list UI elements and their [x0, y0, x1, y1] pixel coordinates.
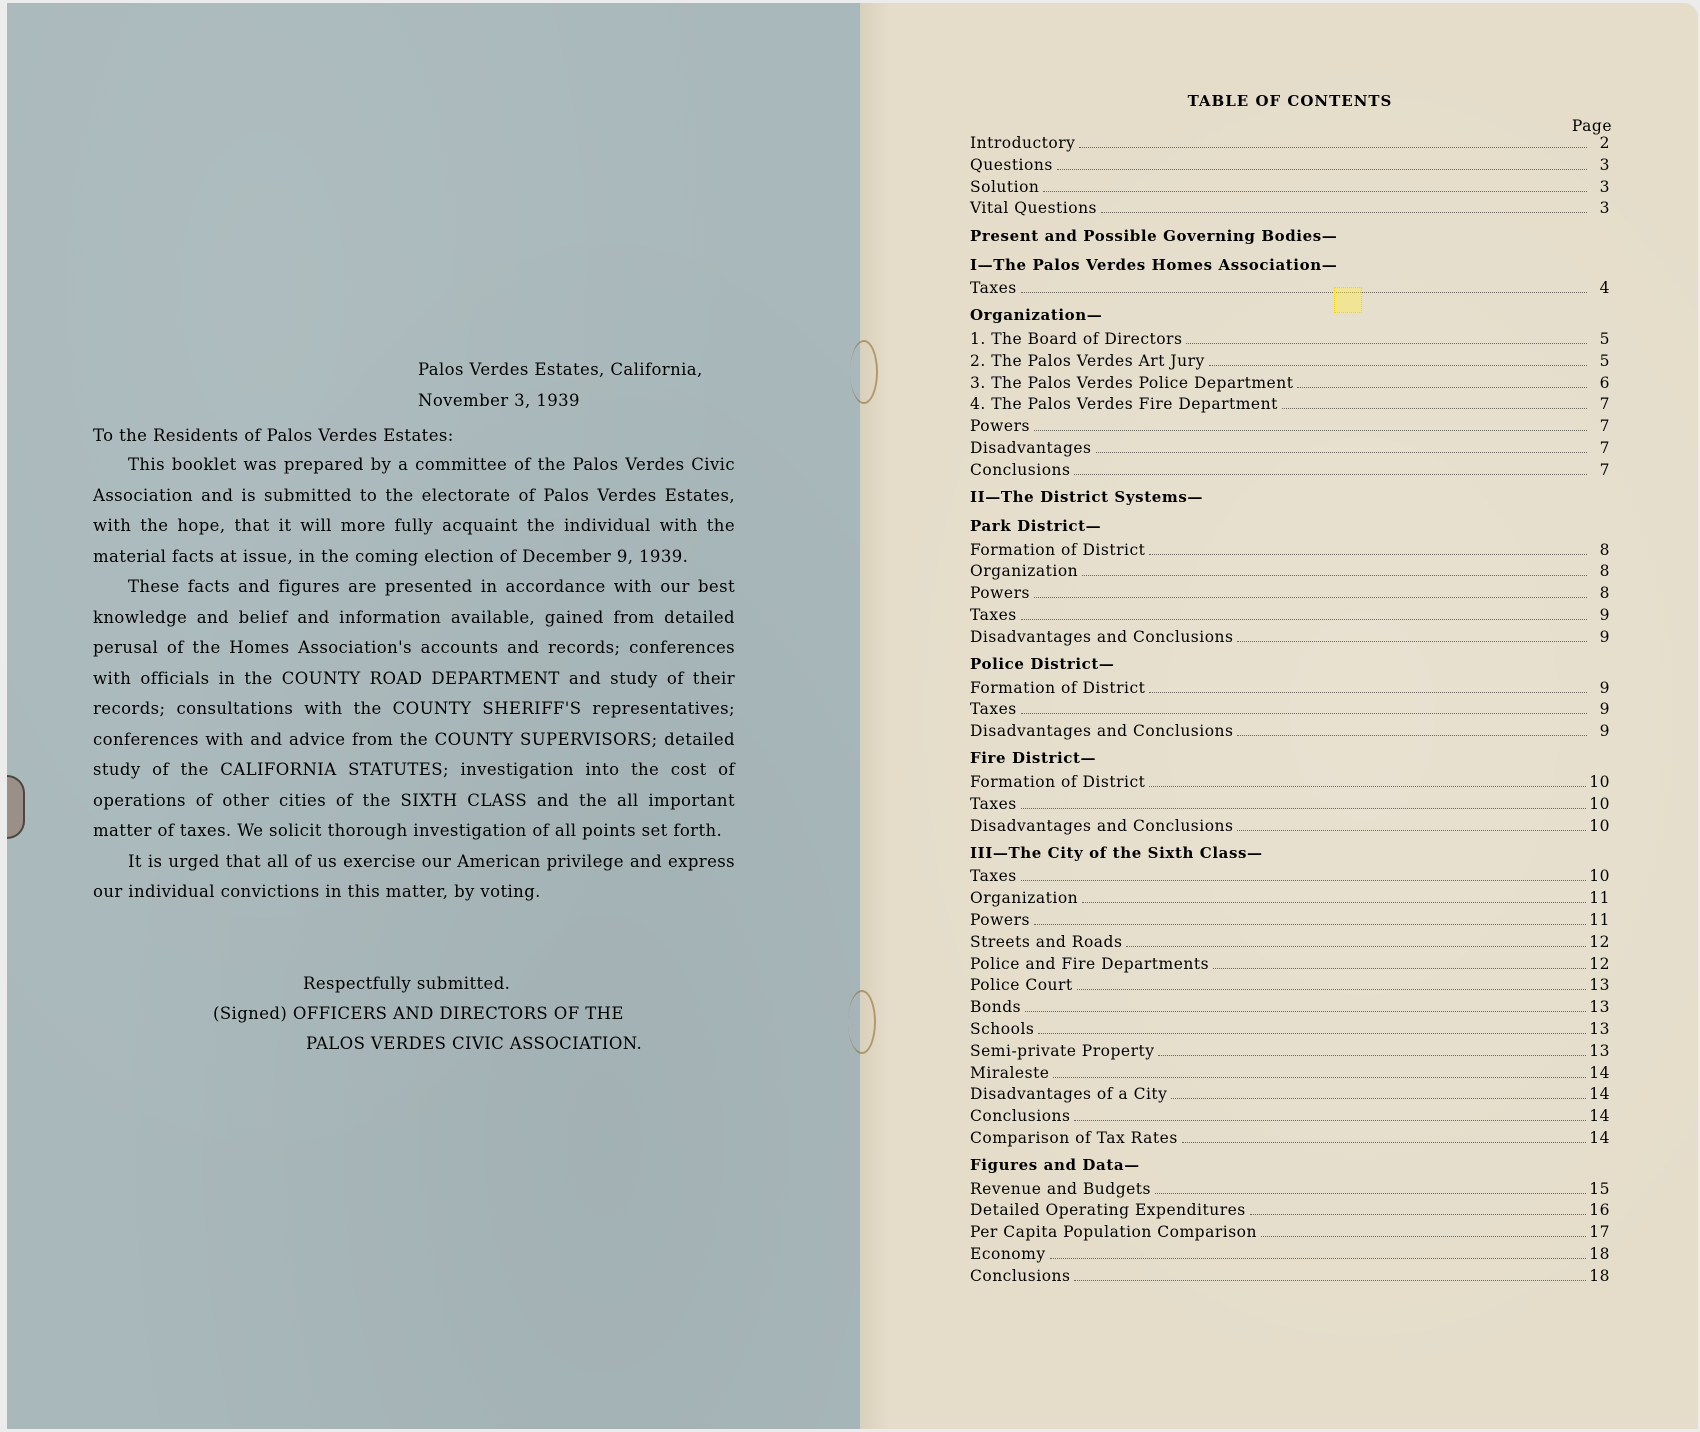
toc-entry: Solution3 — [970, 178, 1610, 200]
toc-entry-label: Formation of District — [970, 679, 1149, 697]
toc-entry-label: Taxes — [970, 867, 1021, 885]
toc-entry: Disadvantages and Conclusions10 — [970, 817, 1610, 839]
toc-leader-dots — [1261, 1235, 1586, 1237]
toc-title: TABLE OF CONTENTS — [970, 92, 1610, 110]
toc-entry-label: Introductory — [970, 134, 1079, 152]
toc-section-heading: Police District— — [970, 650, 1610, 679]
toc-entry: Formation of District9 — [970, 679, 1610, 701]
toc-entry-label: 3. The Palos Verdes Police Department — [970, 374, 1297, 392]
toc-leader-dots — [1050, 1257, 1587, 1259]
toc-entry-page: 7 — [1587, 395, 1610, 413]
toc-leader-dots — [1021, 807, 1587, 809]
toc-entry: Disadvantages of a City14 — [970, 1085, 1610, 1107]
toc-entry-label: Police Court — [970, 976, 1077, 994]
toc-entry-page: 18 — [1586, 1245, 1610, 1263]
toc-entry-page: 10 — [1586, 795, 1610, 813]
toc-entry-page: 6 — [1587, 374, 1610, 392]
toc-entry: Taxes9 — [970, 606, 1610, 628]
toc-entry-page: 3 — [1587, 156, 1610, 174]
toc-entry-label: Disadvantages and Conclusions — [970, 817, 1237, 835]
toc-entry: 4. The Palos Verdes Fire Department7 — [970, 395, 1610, 417]
toc-section-heading: I—The Palos Verdes Homes Association— — [970, 250, 1610, 279]
toc-entry: Questions3 — [970, 156, 1610, 178]
toc-entry-label: Revenue and Budgets — [970, 1180, 1155, 1198]
toc-entry-page: 8 — [1587, 584, 1610, 602]
toc-leader-dots — [1034, 429, 1587, 431]
toc-leader-dots — [1021, 291, 1587, 293]
toc-entry: Vital Questions3 — [970, 199, 1610, 221]
toc-leader-dots — [1155, 1192, 1586, 1194]
toc-entry: Taxes10 — [970, 867, 1610, 889]
toc-entry: Taxes4 — [970, 279, 1610, 301]
toc-entry: Organization8 — [970, 562, 1610, 584]
toc-entry: Disadvantages and Conclusions9 — [970, 722, 1610, 744]
toc-entry: Semi-private Property13 — [970, 1042, 1610, 1064]
toc-entry-page: 10 — [1586, 773, 1610, 791]
toc-leader-dots — [1213, 967, 1586, 969]
toc-entry-page: 8 — [1587, 562, 1610, 580]
letter-date: November 3, 1939 — [418, 391, 580, 410]
toc-leader-dots — [1021, 879, 1587, 881]
toc-entry: Conclusions7 — [970, 461, 1610, 483]
toc-entry-label: Per Capita Population Comparison — [970, 1223, 1261, 1241]
toc-leader-dots — [1034, 596, 1587, 598]
toc-entry: 2. The Palos Verdes Art Jury5 — [970, 352, 1610, 374]
toc-leader-dots — [1074, 473, 1587, 475]
toc-entry-label: Taxes — [970, 279, 1021, 297]
toc-entry-label: Conclusions — [970, 1267, 1074, 1285]
toc-leader-dots — [1149, 553, 1587, 555]
toc-entry-label: Disadvantages — [970, 439, 1096, 457]
toc-entry: Formation of District8 — [970, 541, 1610, 563]
toc-entry: Taxes9 — [970, 700, 1610, 722]
toc-entry-page: 15 — [1586, 1180, 1610, 1198]
toc-entry: Police Court13 — [970, 976, 1610, 998]
toc-entry-label: Semi-private Property — [970, 1042, 1158, 1060]
letter-body: This booklet was prepared by a committee… — [93, 450, 735, 908]
toc-entry: Disadvantages7 — [970, 439, 1610, 461]
toc-entry-page: 7 — [1587, 439, 1610, 457]
toc-entry-page: 16 — [1586, 1201, 1610, 1219]
toc-entry-page: 8 — [1587, 541, 1610, 559]
toc-leader-dots — [1186, 342, 1587, 344]
toc-entry-page: 12 — [1586, 933, 1610, 951]
toc-entry-page: 10 — [1586, 867, 1610, 885]
toc-entry-page: 7 — [1587, 417, 1610, 435]
toc-leader-dots — [1074, 1119, 1586, 1121]
toc-entry-page: 2 — [1587, 134, 1610, 152]
toc-entry: 1. The Board of Directors5 — [970, 330, 1610, 352]
toc-entry-page: 14 — [1586, 1064, 1610, 1082]
toc-leader-dots — [1237, 734, 1587, 736]
toc-entry-label: Powers — [970, 417, 1034, 435]
letter-paragraph: This booklet was prepared by a committee… — [93, 450, 735, 572]
toc-entry-label: Disadvantages and Conclusions — [970, 628, 1237, 646]
thumb-tab — [7, 775, 25, 839]
toc-leader-dots — [1043, 190, 1587, 192]
toc-leader-dots — [1237, 640, 1587, 642]
toc-entry: 3. The Palos Verdes Police Department6 — [970, 374, 1610, 396]
toc-entry: Police and Fire Departments12 — [970, 955, 1610, 977]
toc-entry-page: 5 — [1587, 330, 1610, 348]
toc-entry-label: Questions — [970, 156, 1057, 174]
toc-entry-label: Schools — [970, 1020, 1038, 1038]
toc-entry-page: 9 — [1587, 700, 1610, 718]
toc-entry-page: 13 — [1586, 1042, 1610, 1060]
toc-entry-page: 14 — [1586, 1129, 1610, 1147]
toc-entry-label: Conclusions — [970, 461, 1074, 479]
toc-section-heading: Organization— — [970, 301, 1610, 330]
toc-entry: Detailed Operating Expenditures16 — [970, 1201, 1610, 1223]
toc-entry-label: 2. The Palos Verdes Art Jury — [970, 352, 1209, 370]
toc-entry-page: 4 — [1587, 279, 1610, 297]
toc-entry-label: Taxes — [970, 700, 1021, 718]
binding-stain — [850, 340, 878, 404]
toc-entry-page: 10 — [1586, 817, 1610, 835]
toc-leader-dots — [1182, 1141, 1586, 1143]
toc-list: Introductory2Questions3Solution3Vital Qu… — [970, 134, 1610, 1289]
toc-entry-label: Formation of District — [970, 541, 1149, 559]
toc-leader-dots — [1021, 618, 1587, 620]
toc-entry-page: 9 — [1587, 628, 1610, 646]
toc-section-heading: Figures and Data— — [970, 1151, 1610, 1180]
toc-entry: Revenue and Budgets15 — [970, 1180, 1610, 1202]
toc-leader-dots — [1057, 168, 1587, 170]
toc-section-heading: Present and Possible Governing Bodies— — [970, 221, 1610, 250]
toc-entry: Powers11 — [970, 911, 1610, 933]
toc-entry-label: 4. The Palos Verdes Fire Department — [970, 395, 1282, 413]
toc-leader-dots — [1079, 146, 1587, 148]
toc-entry-page: 11 — [1586, 911, 1610, 929]
toc-entry-page: 3 — [1587, 178, 1610, 196]
toc-entry-label: Taxes — [970, 606, 1021, 624]
toc-entry-page: 9 — [1587, 722, 1610, 740]
toc-leader-dots — [1171, 1097, 1586, 1099]
toc-entry: Comparison of Tax Rates14 — [970, 1129, 1610, 1151]
toc-entry: Bonds13 — [970, 998, 1610, 1020]
toc-entry-label: 1. The Board of Directors — [970, 330, 1186, 348]
toc-entry-page: 13 — [1586, 998, 1610, 1016]
toc-entry-label: Economy — [970, 1245, 1050, 1263]
toc-entry-label: Detailed Operating Expenditures — [970, 1201, 1250, 1219]
toc-leader-dots — [1096, 451, 1587, 453]
toc-page-header: Page — [1572, 117, 1612, 135]
toc-leader-dots — [1126, 945, 1586, 947]
toc-entry: Organization11 — [970, 889, 1610, 911]
toc-leader-dots — [1149, 785, 1586, 787]
toc-entry-label: Conclusions — [970, 1107, 1074, 1125]
toc-entry-page: 17 — [1586, 1223, 1610, 1241]
toc-entry-label: Organization — [970, 562, 1082, 580]
toc-entry-label: Vital Questions — [970, 199, 1101, 217]
letter-signature-line-2: PALOS VERDES CIVIC ASSOCIATION. — [306, 1034, 642, 1053]
toc-leader-dots — [1053, 1076, 1586, 1078]
toc-leader-dots — [1158, 1054, 1586, 1056]
toc-entry-page: 9 — [1587, 606, 1610, 624]
toc-leader-dots — [1082, 574, 1587, 576]
toc-entry-page: 14 — [1586, 1085, 1610, 1103]
toc-entry-label: Powers — [970, 911, 1034, 929]
toc-entry: Powers8 — [970, 584, 1610, 606]
toc-leader-dots — [1250, 1213, 1587, 1215]
toc-entry: Miraleste14 — [970, 1064, 1610, 1086]
toc-entry-page: 18 — [1586, 1267, 1610, 1285]
search-highlight — [1334, 287, 1362, 313]
toc-entry: Disadvantages and Conclusions9 — [970, 628, 1610, 650]
toc-entry: Formation of District10 — [970, 773, 1610, 795]
toc-leader-dots — [1101, 211, 1587, 213]
toc-entry-label: Formation of District — [970, 773, 1149, 791]
toc-entry-label: Taxes — [970, 795, 1021, 813]
toc-leader-dots — [1282, 407, 1587, 409]
toc-entry: Conclusions18 — [970, 1267, 1610, 1289]
letter-closing: Respectfully submitted. — [303, 974, 510, 993]
toc-entry-label: Police and Fire Departments — [970, 955, 1213, 973]
binding-stain — [848, 990, 876, 1054]
toc-entry: Powers7 — [970, 417, 1610, 439]
toc-entry-page: 14 — [1586, 1107, 1610, 1125]
toc-entry-label: Streets and Roads — [970, 933, 1126, 951]
toc-entry-page: 11 — [1586, 889, 1610, 907]
toc-entry: Schools13 — [970, 1020, 1610, 1042]
toc-section-heading: Fire District— — [970, 744, 1610, 773]
toc-leader-dots — [1034, 923, 1586, 925]
toc-entry-label: Comparison of Tax Rates — [970, 1129, 1182, 1147]
toc-entry-label: Organization — [970, 889, 1082, 907]
toc-entry: Per Capita Population Comparison17 — [970, 1223, 1610, 1245]
toc-leader-dots — [1025, 1010, 1586, 1012]
toc-entry-label: Solution — [970, 178, 1043, 196]
toc-entry-label: Bonds — [970, 998, 1025, 1016]
toc-leader-dots — [1209, 364, 1587, 366]
toc-entry: Streets and Roads12 — [970, 933, 1610, 955]
letter-place: Palos Verdes Estates, California, — [418, 360, 703, 379]
toc-entry-label: Powers — [970, 584, 1034, 602]
toc-section-heading: III—The City of the Sixth Class— — [970, 838, 1610, 867]
toc-entry-page: 7 — [1587, 461, 1610, 479]
toc-entry-page: 13 — [1586, 976, 1610, 994]
toc-leader-dots — [1077, 988, 1587, 990]
toc-leader-dots — [1082, 901, 1586, 903]
toc-entry: Economy18 — [970, 1245, 1610, 1267]
toc-leader-dots — [1038, 1032, 1586, 1034]
toc-leader-dots — [1074, 1279, 1586, 1281]
toc-entry-label: Disadvantages and Conclusions — [970, 722, 1237, 740]
letter-signature-line-1: (Signed) OFFICERS AND DIRECTORS OF THE — [213, 1004, 624, 1023]
toc-entry: Conclusions14 — [970, 1107, 1610, 1129]
toc-entry: Introductory2 — [970, 134, 1610, 156]
toc-entry-page: 5 — [1587, 352, 1610, 370]
toc-entry-label: Disadvantages of a City — [970, 1085, 1171, 1103]
toc-leader-dots — [1297, 386, 1587, 388]
toc-section-heading: Park District— — [970, 512, 1610, 541]
toc-entry-page: 9 — [1587, 679, 1610, 697]
letter-salutation: To the Residents of Palos Verdes Estates… — [93, 426, 454, 445]
letter-paragraph: It is urged that all of us exercise our … — [93, 847, 735, 908]
toc-section-heading: II—The District Systems— — [970, 483, 1610, 512]
toc-entry-label: Miraleste — [970, 1064, 1053, 1082]
toc-entry-page: 13 — [1586, 1020, 1610, 1038]
toc-leader-dots — [1021, 712, 1587, 714]
letter-paragraph: These facts and figures are presented in… — [93, 572, 735, 847]
toc-entry-page: 12 — [1586, 955, 1610, 973]
toc-entry-page: 3 — [1587, 199, 1610, 217]
toc-leader-dots — [1149, 691, 1587, 693]
toc-entry: Taxes10 — [970, 795, 1610, 817]
toc-leader-dots — [1237, 829, 1586, 831]
